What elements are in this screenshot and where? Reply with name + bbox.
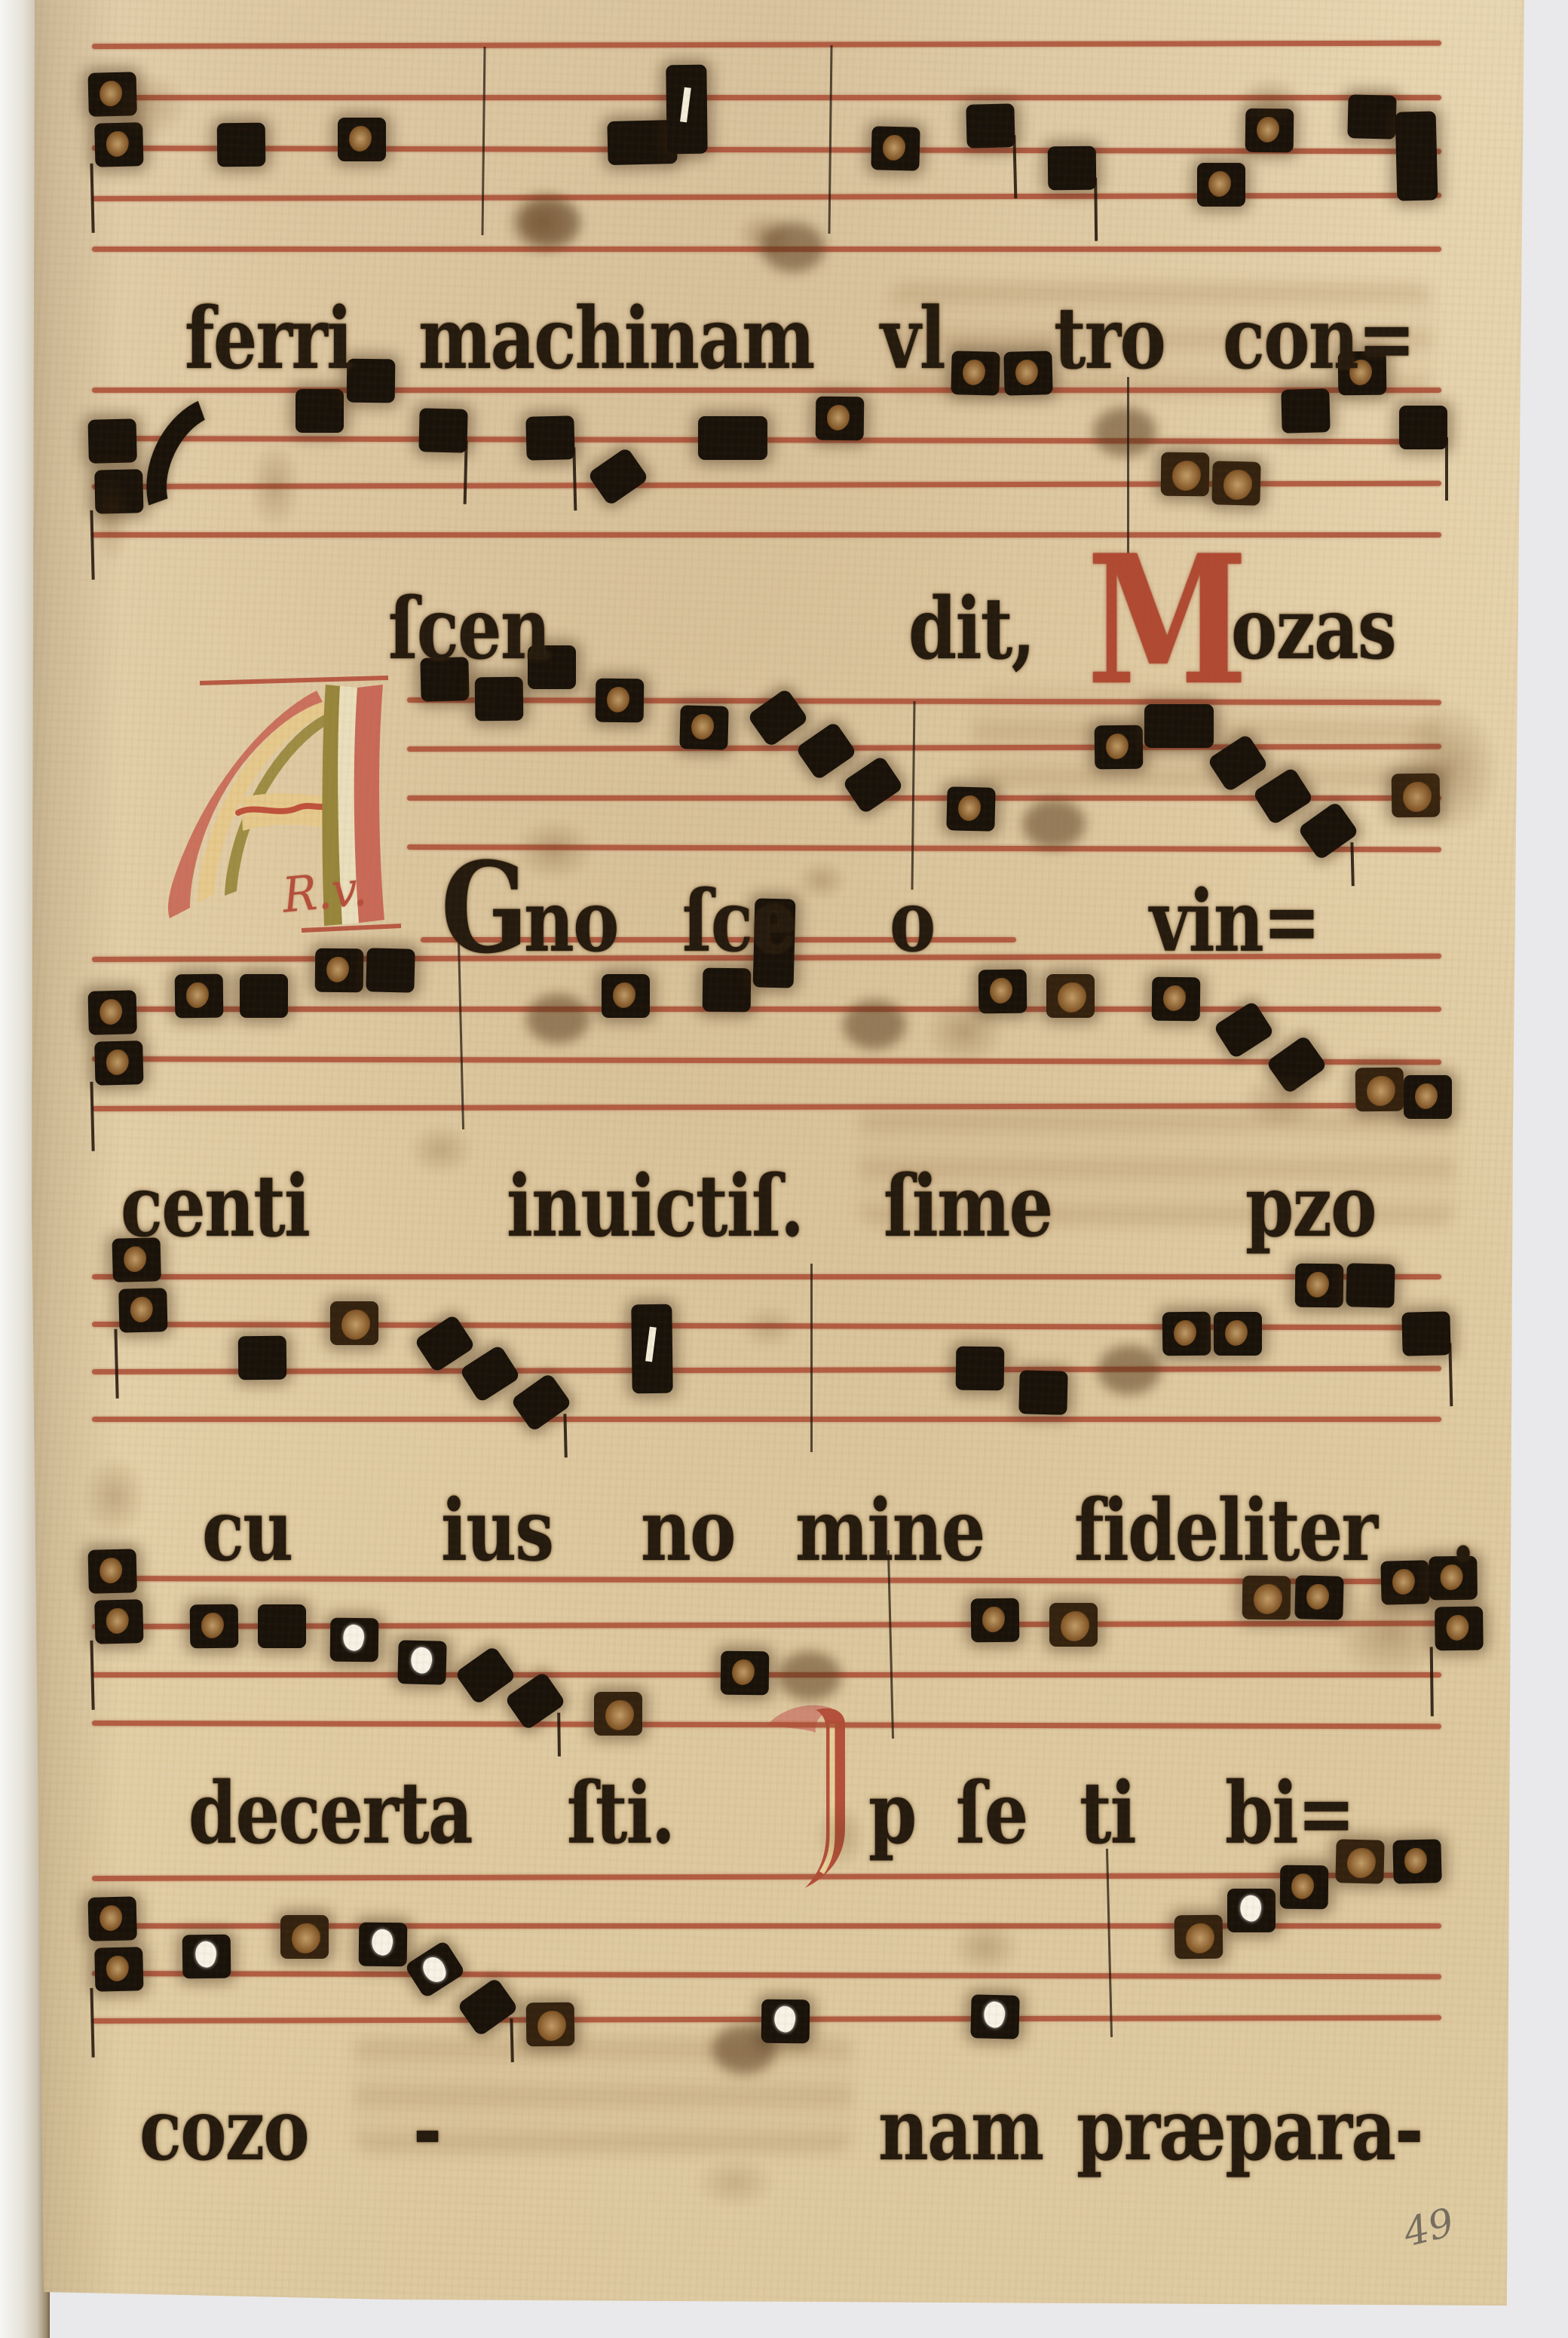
stain	[249, 441, 302, 532]
neume-d	[594, 457, 643, 497]
staff-line	[92, 146, 1441, 154]
neume-ph	[330, 1618, 379, 1662]
stain	[814, 1802, 867, 1870]
neume-dt	[516, 1382, 565, 1423]
chant-word: ti	[1080, 1765, 1135, 1863]
neume-ptr	[1048, 146, 1097, 191]
staff-line	[92, 1366, 1441, 1374]
neume-p	[703, 968, 752, 1013]
neume-pw	[338, 118, 386, 161]
neume-dt	[463, 1987, 512, 2027]
neume-tw	[666, 65, 707, 155]
neume-pw	[946, 786, 995, 832]
neume-pw	[721, 1651, 770, 1696]
neume-ph	[397, 1640, 446, 1685]
staff-line	[92, 388, 1441, 393]
neume-ptr	[1401, 1311, 1450, 1356]
neume-p2w	[87, 1549, 143, 1644]
chant-word: ſcen	[388, 581, 550, 679]
neume-p	[296, 389, 344, 433]
neume-pw	[1404, 1075, 1452, 1119]
chant-word: p	[868, 1765, 916, 1863]
neume-sm	[526, 993, 590, 1043]
neume-pb	[330, 1301, 378, 1345]
chant-word: nam	[878, 2082, 1043, 2180]
neume-pw	[1197, 163, 1245, 207]
neume-pw	[1152, 977, 1201, 1022]
stain	[1240, 1071, 1323, 1131]
neume-ptr	[418, 408, 467, 453]
neume-p	[258, 1604, 306, 1648]
stain	[1395, 701, 1500, 837]
neume-p2w	[87, 990, 143, 1086]
neume-d	[849, 765, 897, 804]
chant-word: centi	[121, 1158, 309, 1256]
stain	[923, 995, 1006, 1067]
neume-ph	[970, 1994, 1019, 2039]
neume-pw	[1294, 1575, 1343, 1620]
stain	[501, 185, 584, 260]
neume-pw	[951, 351, 1000, 396]
staff-line	[92, 41, 1441, 49]
chant-word: ius	[441, 1482, 553, 1580]
chant-word: ozas	[1231, 581, 1395, 679]
neume-p	[1018, 1370, 1067, 1415]
stain	[407, 1123, 475, 1176]
chant-word: ſime	[884, 1158, 1052, 1256]
neume-dt	[1303, 810, 1352, 851]
neume-sm	[1093, 406, 1157, 457]
neume-sm	[1097, 1344, 1162, 1396]
chant-word: præpara-	[1076, 2082, 1423, 2180]
neume-ph	[1227, 1889, 1276, 1932]
neume-p	[1281, 388, 1330, 434]
neume-pw	[1214, 1312, 1262, 1356]
stain	[795, 860, 848, 901]
divisio-bar	[810, 1264, 813, 1452]
chant-word: ſce	[682, 873, 795, 971]
stain	[106, 72, 188, 139]
neume-t	[1395, 111, 1438, 201]
chant-word: tro	[1054, 290, 1165, 388]
staff-line	[92, 1274, 1441, 1279]
neume-p	[366, 948, 415, 993]
neume-p	[347, 359, 396, 403]
neume-ph	[182, 1935, 231, 1979]
chant-word: machinam	[418, 290, 814, 388]
parchment-page: 49 ferrimachinamvltrocon=ſcendit,MozasGn…	[0, 0, 1568, 2338]
neume-p	[1346, 1263, 1395, 1308]
stain	[739, 1304, 799, 1350]
chant-word: ferri	[185, 290, 351, 388]
neume-p	[475, 677, 524, 722]
neume-pw	[1162, 1312, 1211, 1356]
neume-ptr	[1399, 406, 1447, 449]
rubric-label: R.v.	[280, 861, 369, 924]
neume-p	[238, 1336, 287, 1380]
neume-pwide	[698, 416, 767, 460]
chant-word: fideliter	[1074, 1482, 1377, 1580]
chant-word: con=	[1223, 290, 1414, 388]
neume-pw	[1392, 1839, 1441, 1884]
neume-arc	[150, 391, 264, 547]
chant-word: .	[1451, 1482, 1474, 1580]
neume-pw	[175, 974, 224, 1019]
neume-pw	[816, 397, 865, 441]
neume-sm	[842, 999, 907, 1050]
staff-line	[92, 1971, 1441, 1979]
neume-dh	[410, 1949, 459, 1990]
staff-line	[92, 1056, 1441, 1065]
neume-pb	[1242, 1576, 1291, 1620]
neume-ptr	[966, 103, 1015, 149]
neume-d	[753, 697, 802, 738]
neume-sm	[777, 1650, 842, 1702]
chant-word: pzo	[1245, 1158, 1376, 1256]
chant-word: vl	[880, 290, 945, 388]
chant-word: vin=	[1150, 873, 1319, 971]
stain	[694, 2156, 776, 2209]
chant-word: o	[890, 873, 935, 971]
neume-pb	[1355, 1068, 1404, 1112]
neume-ph	[359, 1923, 408, 1967]
chant-word: decerta	[188, 1765, 472, 1863]
neume-d	[802, 731, 851, 771]
stain	[513, 818, 596, 882]
neume-sm	[1021, 798, 1086, 850]
folio-number: 49	[1399, 2200, 1459, 2257]
neume-pb	[1211, 461, 1260, 506]
neume-pb	[1046, 974, 1095, 1018]
chant-word: cozo	[139, 2082, 308, 2180]
chant-word: mine	[795, 1482, 985, 1580]
neume-pw	[1280, 1865, 1329, 1910]
neume-pw	[1095, 725, 1144, 770]
manuscript-scan: 49 ferrimachinamvltrocon=ſcendit,MozasGn…	[0, 0, 1568, 2338]
neume-d	[1214, 743, 1263, 783]
chant-word: ſe	[956, 1765, 1027, 1863]
chant-word: bi=	[1225, 1765, 1354, 1863]
chant-word: -	[413, 2082, 440, 2180]
neume-p	[1347, 94, 1396, 139]
neume-pw	[871, 126, 920, 171]
neume-d	[461, 1655, 510, 1696]
neume-p	[240, 974, 288, 1018]
neume-pw	[679, 705, 728, 750]
stain	[1334, 1583, 1447, 1681]
neume-d	[421, 1324, 470, 1364]
neume-pb	[526, 2002, 575, 2047]
chant-word: ſti.	[567, 1765, 674, 1863]
neume-pw	[1003, 351, 1052, 396]
neume-dt	[511, 1681, 560, 1721]
neume-pw	[190, 1604, 239, 1649]
staff-line	[92, 1417, 1441, 1422]
neume-pw	[971, 1598, 1020, 1643]
chant-word: cu	[202, 1482, 292, 1580]
stain	[735, 211, 795, 260]
neume-d	[1258, 776, 1307, 817]
neume-pb	[280, 1915, 329, 1959]
neume-pb	[594, 1692, 642, 1736]
neume-p	[217, 123, 266, 167]
neume-pb	[1174, 1915, 1223, 1960]
neume-p2w	[87, 1896, 143, 1992]
stain	[1236, 75, 1304, 128]
chant-word: dit,	[908, 581, 1034, 679]
neume-d	[1219, 1010, 1268, 1050]
neume-pw	[315, 948, 364, 993]
divisio-bar	[481, 47, 485, 235]
neume-pb	[1161, 452, 1210, 497]
neume-pb	[1049, 1603, 1098, 1647]
red-initial-letter: M	[1087, 518, 1247, 724]
divisio-bar	[828, 45, 832, 234]
neume-ph	[761, 1999, 810, 2044]
neume-pw	[596, 679, 645, 723]
stain	[950, 1919, 1021, 1975]
stain	[83, 1455, 147, 1538]
neume-pw	[1295, 1264, 1344, 1308]
neume-pw	[602, 974, 650, 1018]
neume-d	[465, 1353, 514, 1394]
neume-tw	[631, 1304, 672, 1394]
stain	[90, 467, 132, 565]
chant-word: no	[641, 1482, 735, 1580]
neume-p	[956, 1347, 1005, 1391]
chant-word: inuictiſ.	[507, 1158, 803, 1256]
chant-word: no	[524, 873, 618, 971]
neume-ptr	[525, 415, 574, 461]
